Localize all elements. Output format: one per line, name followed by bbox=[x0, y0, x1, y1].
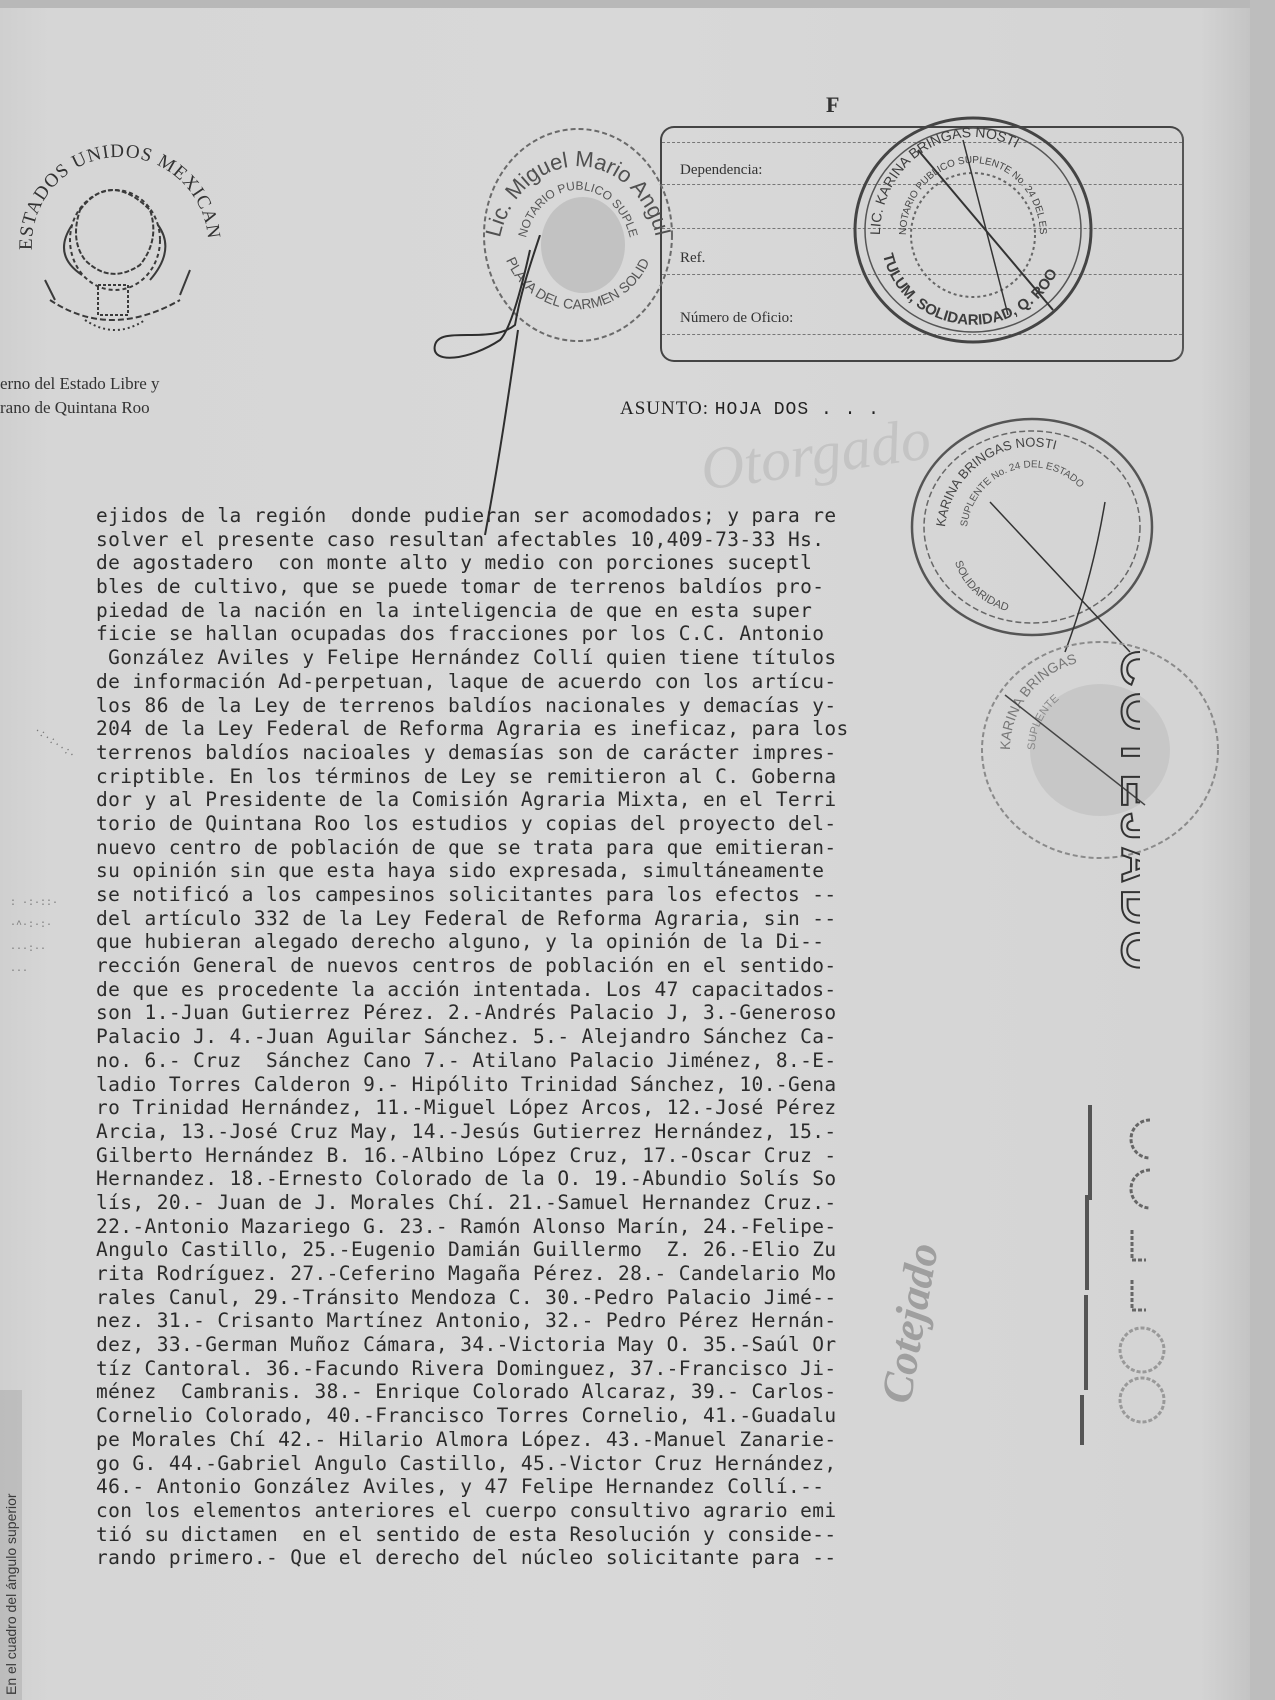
svg-text:TULUM, SOLIDARIDAD, Q. ROO: TULUM, SOLIDARIDAD, Q. ROO bbox=[879, 251, 1061, 328]
body-line: los 86 de la Ley de terrenos baldíos nac… bbox=[96, 694, 1056, 718]
body-line: 22.-Antonio Mazariego G. 23.- Ramón Alon… bbox=[96, 1215, 1056, 1239]
body-line: torio de Quintana Roo los estudios y cop… bbox=[96, 812, 1056, 836]
body-line: Gilberto Hernández B. 16.-Albino López C… bbox=[96, 1144, 1056, 1168]
body-line: ladio Torres Calderon 9.- Hipólito Trini… bbox=[96, 1073, 1056, 1097]
body-line: 204 de la Ley Federal de Reforma Agraria… bbox=[96, 717, 1056, 741]
margin-mark bbox=[1084, 1295, 1088, 1390]
body-line: González Aviles y Felipe Hernández Collí… bbox=[96, 646, 1056, 670]
body-line: criptible. En los términos de Ley se rem… bbox=[96, 765, 1056, 789]
body-line: rando primero.- Que el derecho del núcle… bbox=[96, 1546, 1056, 1570]
body-line: su opinión sin que esta haya sido expres… bbox=[96, 859, 1056, 883]
body-line: dor y al Presidente de la Comisión Agrar… bbox=[96, 788, 1056, 812]
body-line: son 1.-Juan Gutierrez Pérez. 2.-Andrés P… bbox=[96, 1001, 1056, 1025]
body-line: ménez Cambranis. 38.- Enrique Colorado A… bbox=[96, 1380, 1056, 1404]
margin-stamp-fragment: ···:·· bbox=[10, 944, 46, 955]
dependencia-label: Dependencia: bbox=[680, 162, 762, 179]
body-line: se notificó a los campesinos solicitante… bbox=[96, 883, 1056, 907]
body-line: ejidos de la región donde pudieran ser a… bbox=[96, 504, 1056, 528]
body-line: tió su dictamen en el sentido de esta Re… bbox=[96, 1523, 1056, 1547]
margin-stamp-fragment: ·^·:·:· bbox=[10, 920, 52, 931]
left-margin-vertical-text: En el cuadro del ángulo superior bbox=[0, 1390, 26, 1700]
body-line: lís, 20.- Juan de J. Morales Chí. 21.-Sa… bbox=[96, 1191, 1056, 1215]
body-line: go G. 44.-Gabriel Angulo Castillo, 45.-V… bbox=[96, 1452, 1056, 1476]
scan-top-edge bbox=[0, 0, 1250, 8]
body-line: con los elementos anteriores el cuerpo c… bbox=[96, 1499, 1056, 1523]
document-page: ESTADOS UNIDOS MEXICANOS erno del Estado… bbox=[0, 0, 1250, 1700]
margin-mark bbox=[1085, 1195, 1089, 1290]
government-line-2: rano de Quintana Roo bbox=[0, 396, 160, 420]
body-line: nez. 31.- Crisanto Martínez Antonio, 32.… bbox=[96, 1309, 1056, 1333]
body-line: no. 6.- Cruz Sánchez Cano 7.- Atilano Pa… bbox=[96, 1049, 1056, 1073]
government-line-1: erno del Estado Libre y bbox=[0, 372, 160, 396]
cotejado-side-stamp bbox=[1110, 1110, 1170, 1450]
body-line: terrenos baldíos nacioales y demasías so… bbox=[96, 741, 1056, 765]
body-line: tíz Cantoral. 36.-Facundo Rivera Domingu… bbox=[96, 1357, 1056, 1381]
body-line: Hernandez. 18.-Ernesto Colorado de la O.… bbox=[96, 1167, 1056, 1191]
scan-right-edge bbox=[1250, 0, 1275, 1700]
ref-label: Ref. bbox=[680, 250, 705, 267]
body-line: que hubieran alegado derecho alguno, y l… bbox=[96, 930, 1056, 954]
body-line: ficie se hallan ocupadas dos fracciones … bbox=[96, 622, 1056, 646]
asunto-label: ASUNTO: bbox=[620, 398, 709, 419]
body-line: Arcia, 13.-José Cruz May, 14.-Jesús Guti… bbox=[96, 1120, 1056, 1144]
body-line: Angulo Castillo, 25.-Eugenio Damián Guil… bbox=[96, 1238, 1056, 1262]
body-line: de información Ad-perpetuan, laque de ac… bbox=[96, 670, 1056, 694]
body-line: rita Rodríguez. 27.-Ceferino Magaña Pére… bbox=[96, 1262, 1056, 1286]
government-header: erno del Estado Libre y rano de Quintana… bbox=[0, 372, 160, 420]
margin-stamp-fragment: ··· bbox=[10, 966, 28, 977]
body-line: ro Trinidad Hernández, 11.-Miguel López … bbox=[96, 1096, 1056, 1120]
margin-mark bbox=[1080, 1395, 1084, 1445]
body-line: pe Morales Chí 42.- Hilario Almora López… bbox=[96, 1428, 1056, 1452]
body-line: de que es procedente la acción intentada… bbox=[96, 978, 1056, 1002]
notary-stamp-bringas-top: LIC. KARINA BRINGAS NOSTI NOTARIO PUBLIC… bbox=[848, 110, 1098, 350]
cotejado-text: COTEJADO bbox=[1111, 650, 1140, 976]
margin-stamp-fragment: : ·:·::· bbox=[10, 898, 58, 909]
cotejado-vertical-stamp: COTEJADO bbox=[1080, 640, 1140, 980]
numero-oficio-label: Número de Oficio: bbox=[680, 310, 793, 327]
body-line: de agostadero con monte alto y medio con… bbox=[96, 551, 1056, 575]
body-line: Palacio J. 4.-Juan Aguilar Sánchez. 5.- … bbox=[96, 1025, 1056, 1049]
body-line: Cornelio Colorado, 40.-Francisco Torres … bbox=[96, 1404, 1056, 1428]
body-line: piedad de la nación en la inteligencia d… bbox=[96, 599, 1056, 623]
body-line: bles de cultivo, que se puede tomar de t… bbox=[96, 575, 1056, 599]
body-line: rección General de nuevos centros de pob… bbox=[96, 954, 1056, 978]
body-line: del artículo 332 de la Ley Federal de Re… bbox=[96, 907, 1056, 931]
body-line: dez, 33.-German Muñoz Cámara, 34.-Victor… bbox=[96, 1333, 1056, 1357]
margin-stamp-fragment: ·:·:··:· bbox=[31, 725, 77, 762]
left-margin-text: En el cuadro del ángulo superior bbox=[3, 1493, 19, 1695]
body-line: rales Canul, 29.-Tránsito Mendoza C. 30.… bbox=[96, 1286, 1056, 1310]
mexican-coat-of-arms-icon: ESTADOS UNIDOS MEXICANOS bbox=[10, 130, 225, 355]
stamp-line3: TULUM, SOLIDARIDAD, Q. ROO bbox=[879, 251, 1061, 328]
margin-mark bbox=[1088, 1105, 1092, 1200]
body-line: nuevo centro de población de que se trat… bbox=[96, 836, 1056, 860]
body-line: 46.- Antonio González Aviles, y 47 Felip… bbox=[96, 1475, 1056, 1499]
body-line: solver el presente caso resultan afectab… bbox=[96, 528, 1056, 552]
document-body: ejidos de la región donde pudieran ser a… bbox=[96, 504, 1056, 1570]
corner-mark: F bbox=[826, 92, 839, 118]
